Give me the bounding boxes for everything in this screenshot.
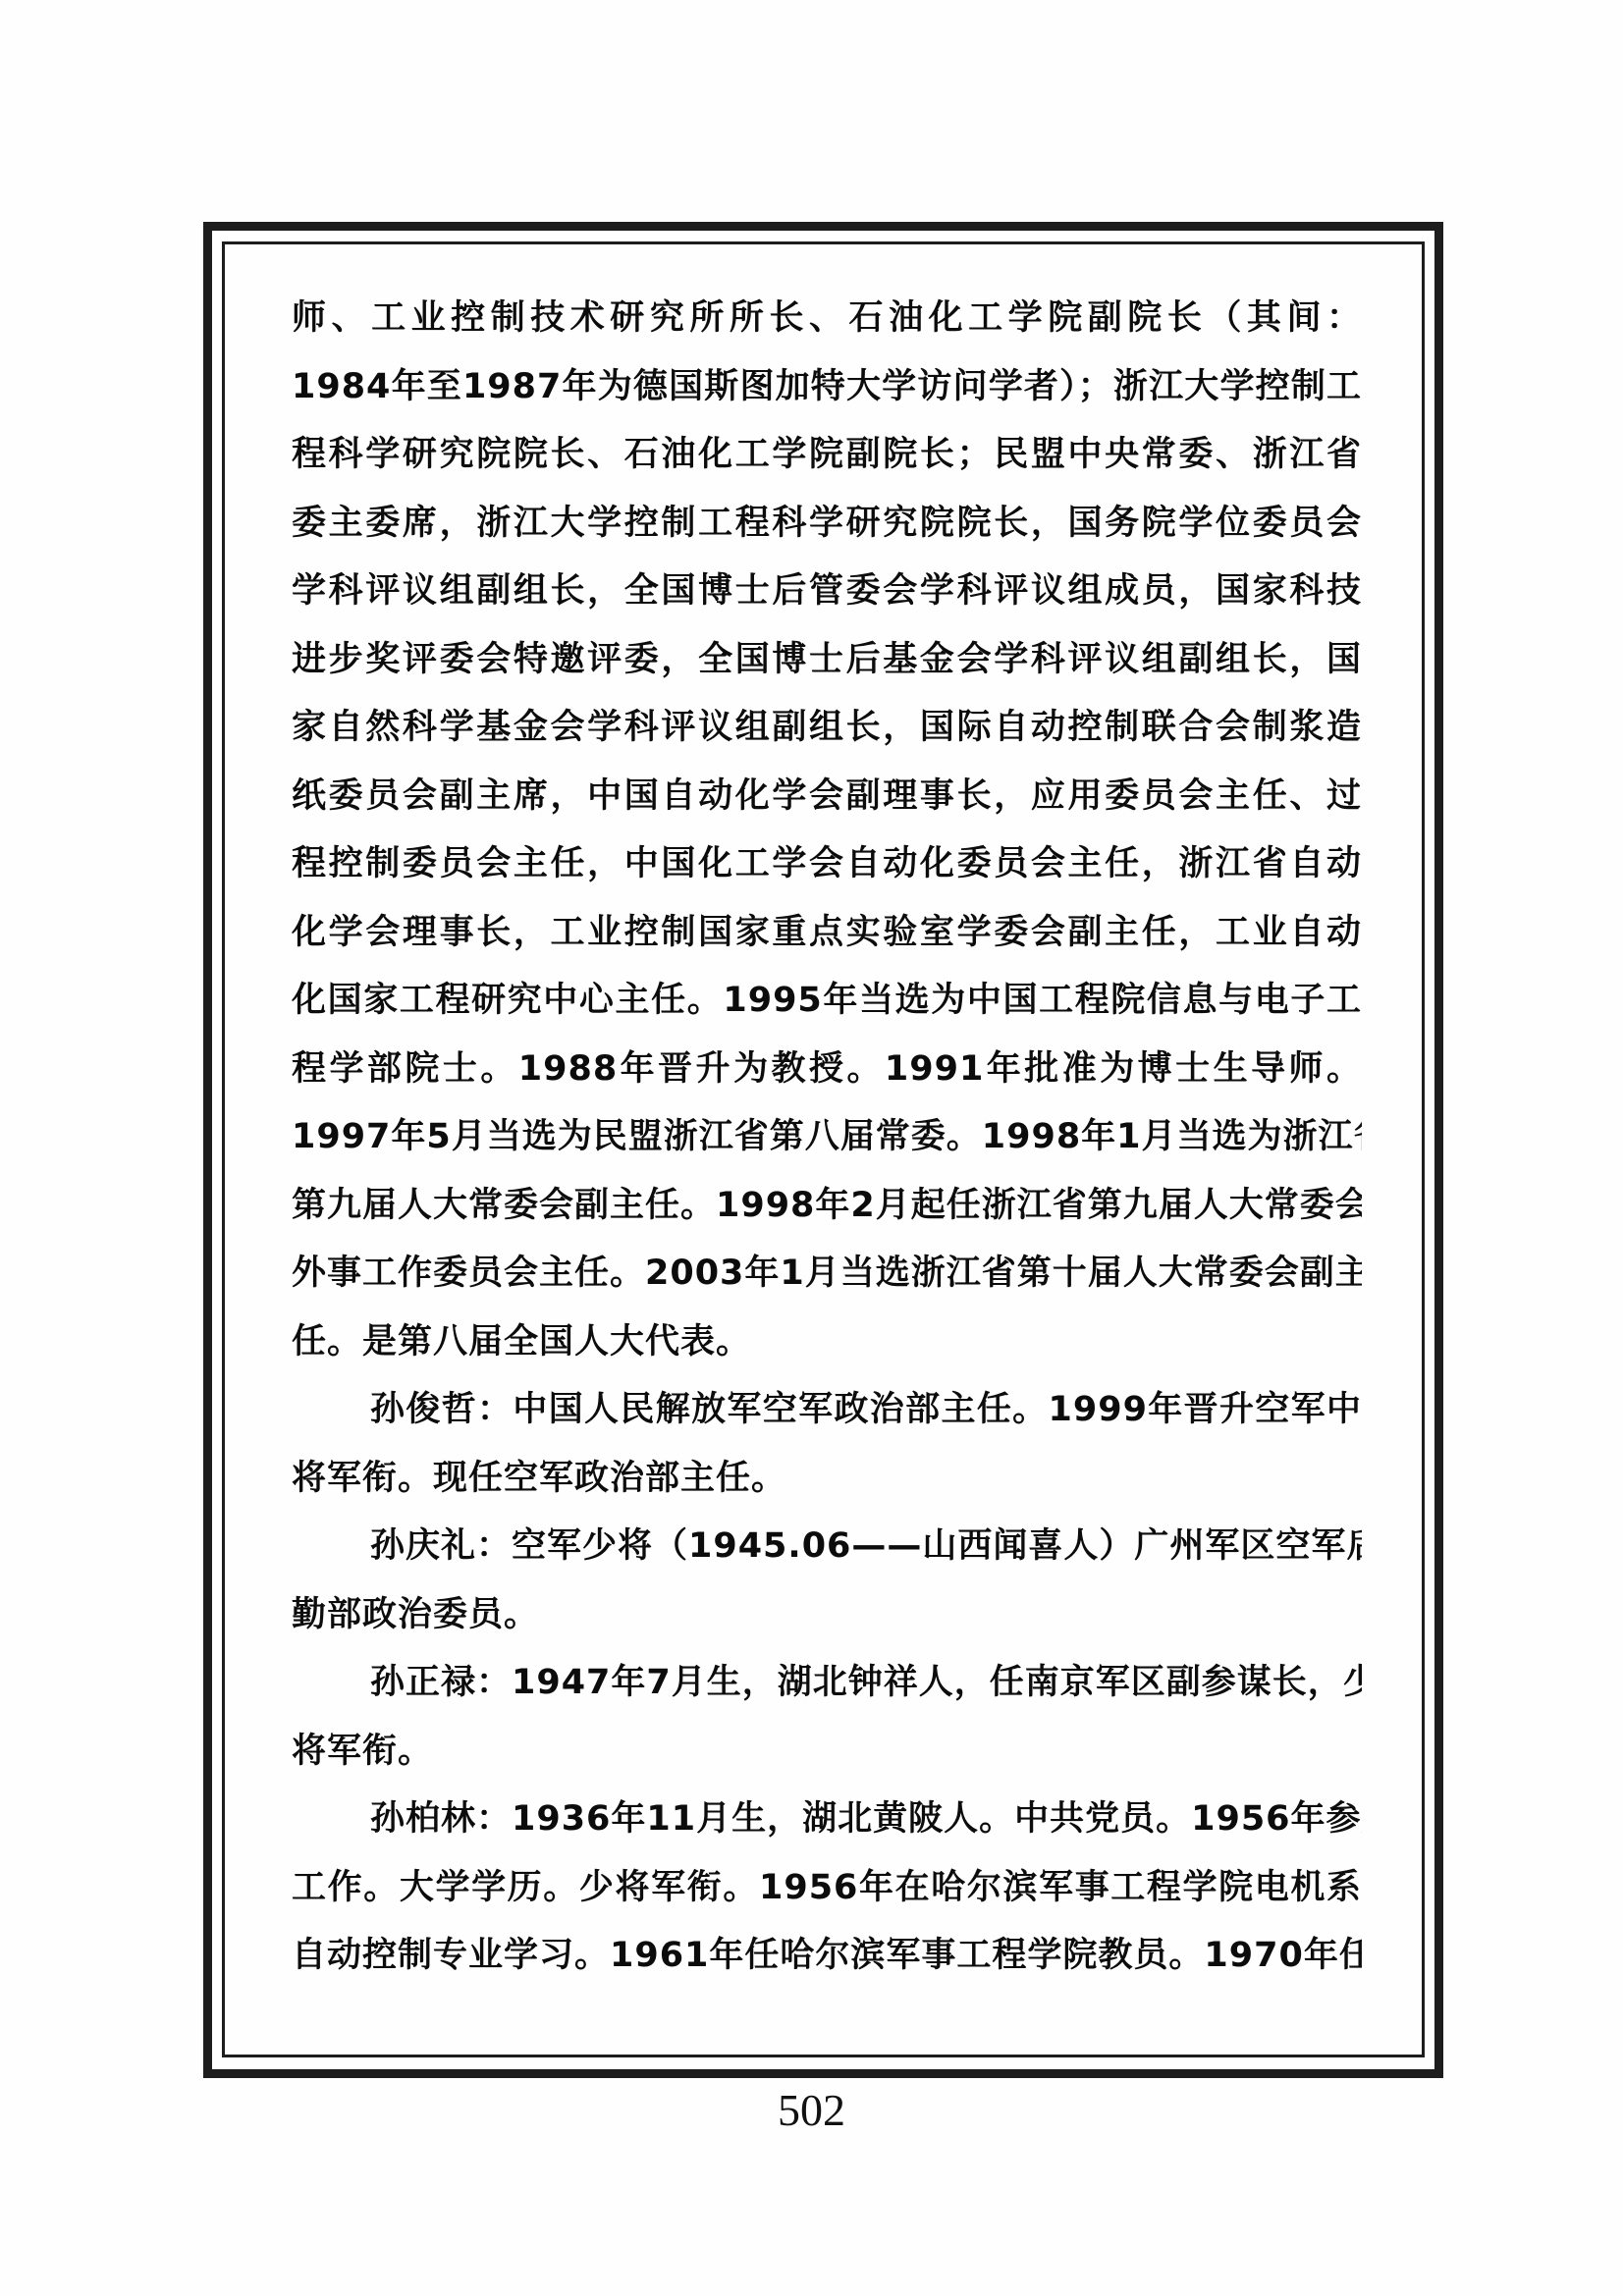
text-line: 外事工作委员会主任。2003年1月当选浙江省第十届人大常委会副主 <box>292 1240 1362 1308</box>
text-line: 程控制委员会主任，中国化工学会自动化委员会主任，浙江省自动 <box>292 830 1362 899</box>
text-line: 家自然科学基金会学科评议组副组长，国际自动控制联合会制浆造 <box>292 694 1362 763</box>
text-line: 程科学研究院院长、石油化工学院副院长；民盟中央常委、浙江省 <box>292 421 1362 490</box>
text-line: 1997年5月当选为民盟浙江省第八届常委。1998年1月当选为浙江省 <box>292 1103 1362 1172</box>
scanned-book-page: 师、工业控制技术研究所所长、石油化工学院副院长（其间：1984年至1987年为德… <box>0 0 1623 2296</box>
text-line: 将军衔。 <box>292 1718 1362 1787</box>
text-line: 工作。大学学历。少将军衔。1956年在哈尔滨军事工程学院电机系 <box>292 1854 1362 1923</box>
text-line: 勤部政治委员。 <box>292 1581 1362 1650</box>
text-line: 任。是第八届全国人大代表。 <box>292 1308 1362 1377</box>
text-line: 孙柏林：1936年11月生，湖北黄陂人。中共党员。1956年参加 <box>292 1786 1362 1854</box>
text-line: 进步奖评委会特邀评委，全国博士后基金会学科评议组副组长，国 <box>292 626 1362 695</box>
page-number: 502 <box>0 2083 1623 2138</box>
text-line: 委主委席，浙江大学控制工程科学研究院院长，国务院学位委员会 <box>292 490 1362 559</box>
text-line: 1984年至1987年为德国斯图加特大学访问学者）；浙江大学控制工 <box>292 353 1362 422</box>
text-line: 孙正禄：1947年7月生，湖北钟祥人，任南京军区副参谋长，少 <box>292 1649 1362 1718</box>
text-line: 学科评议组副组长，全国博士后管委会学科评议组成员，国家科技 <box>292 558 1362 626</box>
text-block: 师、工业控制技术研究所所长、石油化工学院副院长（其间：1984年至1987年为德… <box>292 285 1362 1991</box>
text-line: 自动控制专业学习。1961年任哈尔滨军事工程学院教员。1970年任 <box>292 1922 1362 1991</box>
text-line: 第九届人大常委会副主任。1998年2月起任浙江省第九届人大常委会 <box>292 1172 1362 1241</box>
text-line: 化国家工程研究中心主任。1995年当选为中国工程院信息与电子工 <box>292 967 1362 1036</box>
text-line: 将军衔。现任空军政治部主任。 <box>292 1445 1362 1514</box>
text-line: 师、工业控制技术研究所所长、石油化工学院副院长（其间： <box>292 285 1362 353</box>
text-line: 化学会理事长，工业控制国家重点实验室学委会副主任，工业自动 <box>292 899 1362 968</box>
text-line: 纸委员会副主席，中国自动化学会副理事长，应用委员会主任、过 <box>292 763 1362 831</box>
text-line: 程学部院士。1988年晋升为教授。1991年批准为博士生导师。 <box>292 1036 1362 1104</box>
text-line: 孙俊哲：中国人民解放军空军政治部主任。1999年晋升空军中 <box>292 1376 1362 1445</box>
text-line: 孙庆礼：空军少将（1945.06——山西闻喜人）广州军区空军后 <box>292 1513 1362 1581</box>
